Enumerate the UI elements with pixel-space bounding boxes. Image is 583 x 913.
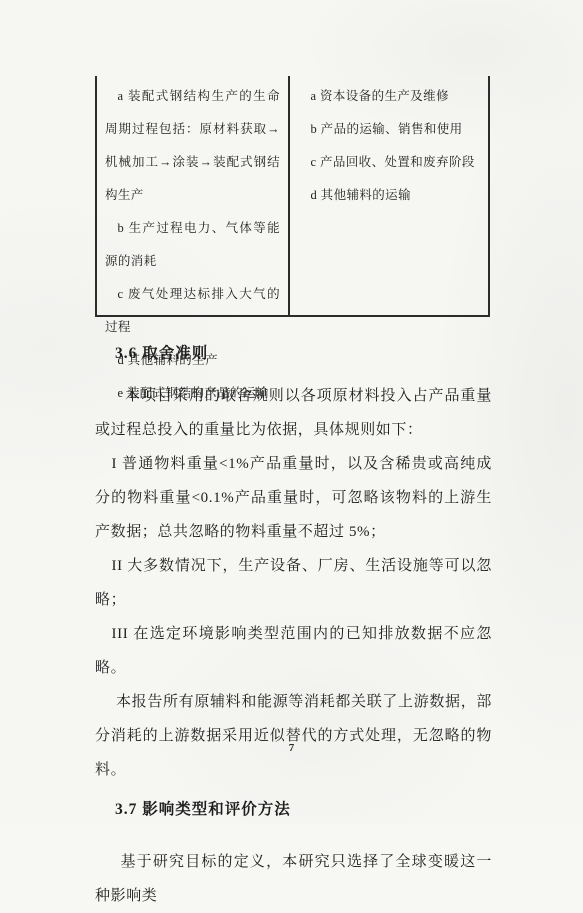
table-item: b 生产过程电力、气体等能源的消耗 [105, 212, 280, 278]
table-item: d 其他辅料的运输 [298, 179, 480, 212]
paragraph-rule-2: II 大多数情况下，生产设备、厂房、生活设施等可以忽略； [95, 549, 492, 617]
page-number: 7 [0, 742, 583, 754]
paragraph-rule-1: I 普通物料重量<1%产品重量时，以及含稀贵或高纯成分的物料重量<0.1%产品重… [95, 447, 492, 549]
included-processes-cell: a 装配式钢结构生产的生命周期过程包括：原材料获取→机械加工→涂装→装配式钢结构… [95, 76, 290, 315]
table-item: a 资本设备的生产及维修 [298, 80, 480, 113]
table-item: b 产品的运输、销售和使用 [298, 113, 480, 146]
section-heading-3-6: 3.6 取舍准则 [115, 341, 492, 363]
section-heading-3-7: 3.7 影响类型和评价方法 [115, 797, 492, 819]
table-item: c 废气处理达标排入大气的过程 [105, 278, 280, 344]
table-item: c 产品回收、处置和废弃阶段 [298, 146, 480, 179]
paragraph-cutoff-close: 本报告所有原辅料和能源等消耗都关联了上游数据，部分消耗的上游数据采用近似替代的方… [95, 685, 492, 787]
system-boundary-table: a 装配式钢结构生产的生命周期过程包括：原材料获取→机械加工→涂装→装配式钢结构… [95, 76, 490, 317]
paragraph-cutoff-intro: 本项目采用的取舍规则以各项原材料投入占产品重量或过程总投入的重量比为依据，具体规… [95, 379, 492, 447]
table-item: a 装配式钢结构生产的生命周期过程包括：原材料获取→机械加工→涂装→装配式钢结构… [105, 80, 280, 212]
scanned-document-page: a 装配式钢结构生产的生命周期过程包括：原材料获取→机械加工→涂装→装配式钢结构… [0, 0, 583, 824]
paragraph-rule-3: III 在选定环境影响类型范围内的已知排放数据不应忽略。 [95, 617, 492, 685]
excluded-processes-cell: a 资本设备的生产及维修 b 产品的运输、销售和使用 c 产品回收、处置和废弃阶… [290, 76, 490, 315]
